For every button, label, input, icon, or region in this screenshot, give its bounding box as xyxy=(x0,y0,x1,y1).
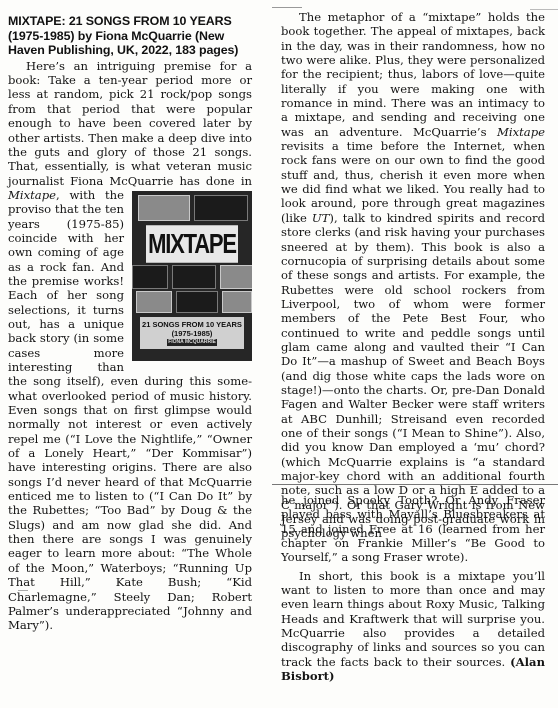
metaphor-text-a: The metaphor of a “mixtape” holds the bo… xyxy=(281,10,545,139)
stray-mark xyxy=(18,590,28,591)
book-title-italic: Mixtape xyxy=(8,188,56,202)
cassette-graphic xyxy=(220,265,252,289)
review-headline: MIXTAPE: 21 SONGS FROM 10 YEARS (1975-19… xyxy=(8,14,252,58)
cassette-graphic xyxy=(132,265,168,289)
book-cover-image: MIXTAPE 21 SONGS FROM 10 YEARS(1975-1985… xyxy=(132,191,252,361)
cassette-graphic xyxy=(222,291,252,313)
conclusion-text: In short, this book is a mixtape you’ll … xyxy=(281,569,545,669)
cover-author: FIONA MCQUARRIE xyxy=(167,339,217,346)
paragraph-continued: he joined Spooky Tooth? Or Andy Fraser p… xyxy=(281,493,545,565)
intro-text-start: Here’s an intriguing premise for a book:… xyxy=(8,59,252,188)
magazine-title-italic: UT xyxy=(312,211,330,225)
cassette-graphic xyxy=(194,195,248,221)
cover-title: MIXTAPE xyxy=(146,225,238,263)
cassette-graphic xyxy=(138,195,190,221)
cover-subtitle-line2: (1975-1985) xyxy=(172,329,213,338)
paragraph-intro: Here’s an intriguing premise for a book:… xyxy=(8,59,252,633)
cover-subtitle: 21 SONGS FROM 10 YEARS(1975-1985)FIONA M… xyxy=(140,317,244,349)
paragraph-metaphor: The metaphor of a “mixtape” holds the bo… xyxy=(281,10,545,541)
book-title-italic: Mixtape xyxy=(497,125,545,139)
cassette-graphic xyxy=(176,291,218,313)
section-divider-rule xyxy=(272,484,558,485)
right-column: The metaphor of a “mixtape” holds the bo… xyxy=(281,10,545,541)
left-column: MIXTAPE: 21 SONGS FROM 10 YEARS (1975-19… xyxy=(8,14,252,633)
metaphor-text-c: ), talk to kindred spirits and record st… xyxy=(281,211,545,541)
cassette-graphic xyxy=(172,265,216,289)
right-column-continued: he joined Spooky Tooth? Or Andy Fraser p… xyxy=(281,493,545,683)
cover-subtitle-line1: 21 SONGS FROM 10 YEARS xyxy=(142,320,242,329)
paragraph-conclusion: In short, this book is a mixtape you’ll … xyxy=(281,569,545,684)
cassette-graphic xyxy=(136,291,172,313)
column-top-rule xyxy=(272,7,302,8)
